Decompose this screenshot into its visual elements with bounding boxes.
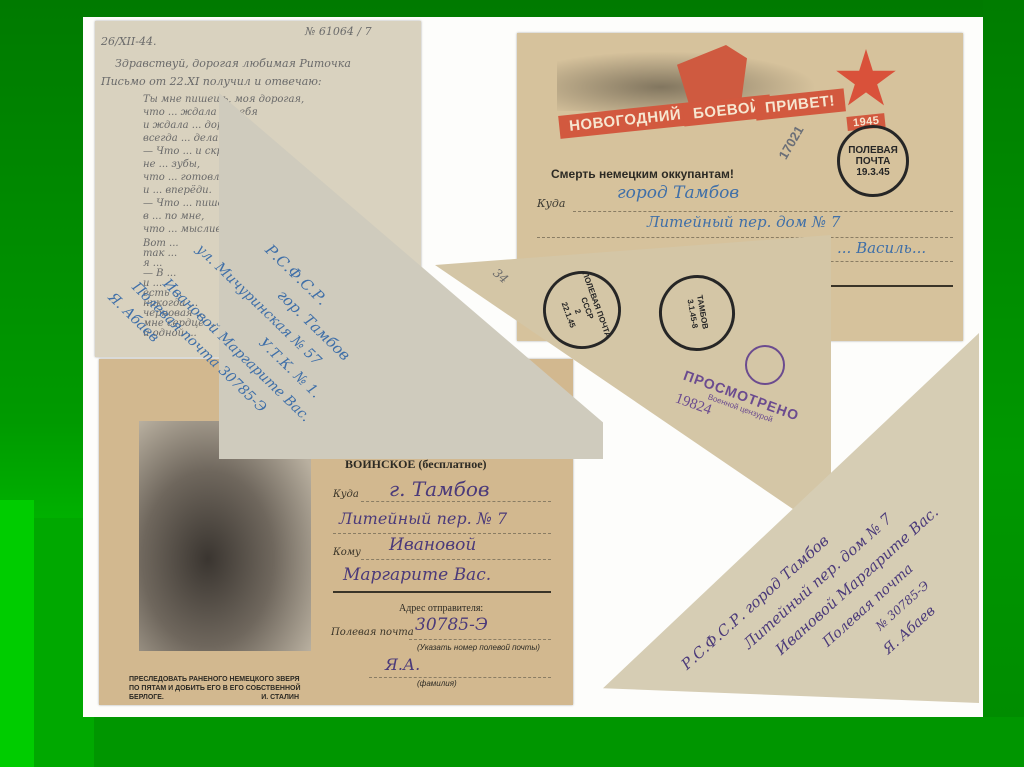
- censor-seal-icon: [745, 345, 785, 385]
- signature-value: Я.А.: [385, 655, 420, 674]
- fieldpost-line: [409, 639, 551, 640]
- signature-hint: (фамилия): [417, 679, 457, 688]
- letter-date: 26/XII-44.: [101, 35, 156, 48]
- slogan: Смерть немецким оккупантам!: [551, 167, 734, 181]
- letter-greeting: Здравствуй, дорогая любимая Риточка: [115, 57, 351, 70]
- address-line-2: [333, 533, 551, 534]
- name-value: Маргарите Вас.: [343, 565, 491, 585]
- fieldpost-label: Полевая почта: [331, 627, 414, 638]
- komu-value: Ивановой: [389, 535, 476, 555]
- kuda-label: Куда: [333, 489, 359, 500]
- divider: [333, 591, 551, 593]
- address-line-3: [361, 559, 551, 560]
- divider: [817, 285, 953, 287]
- stalin-quote: ПРЕСЛЕДОВАТЬ РАНЕНОГО НЕМЕЦКОГО ЗВЕРЯ ПО…: [129, 675, 300, 702]
- photo-panel: № 61064 / 7 26/XII-44. Здравствуй, дорог…: [83, 17, 983, 717]
- komu-label: Кому: [333, 547, 361, 558]
- quote-author: И. СТАЛИН: [261, 693, 299, 702]
- postmark-left: 17021: [776, 123, 807, 162]
- bottom-green-band: [94, 717, 1024, 767]
- kuda-label: Куда: [537, 197, 565, 210]
- postmark-right: ПОЛЕВАЯ ПОЧТА 19.3.45: [837, 125, 909, 197]
- address-line-1: [573, 211, 953, 212]
- street-value: Литейный пер. дом № 7: [647, 213, 840, 231]
- street-value: Литейный пер. № 7: [339, 509, 507, 528]
- fieldpost-hint: (Указать номер полевой почты): [417, 643, 540, 652]
- signature-line: [369, 677, 551, 678]
- left-green-accent: [0, 500, 34, 767]
- address-line-2: [537, 237, 953, 238]
- kuda-value: город Тамбов: [617, 183, 739, 203]
- letter-line2: Письмо от 22.XI получил и отвечаю:: [101, 75, 322, 88]
- komu-value: ... Василь...: [837, 239, 926, 257]
- fieldpost-value: 30785-Э: [415, 615, 488, 635]
- right-green-strip: [983, 0, 1024, 767]
- kuda-value: г. Тамбов: [389, 477, 490, 501]
- sender-title: Адрес отправителя:: [399, 603, 483, 614]
- letter-header-note: № 61064 / 7: [305, 25, 372, 38]
- address-line-1: [361, 501, 551, 502]
